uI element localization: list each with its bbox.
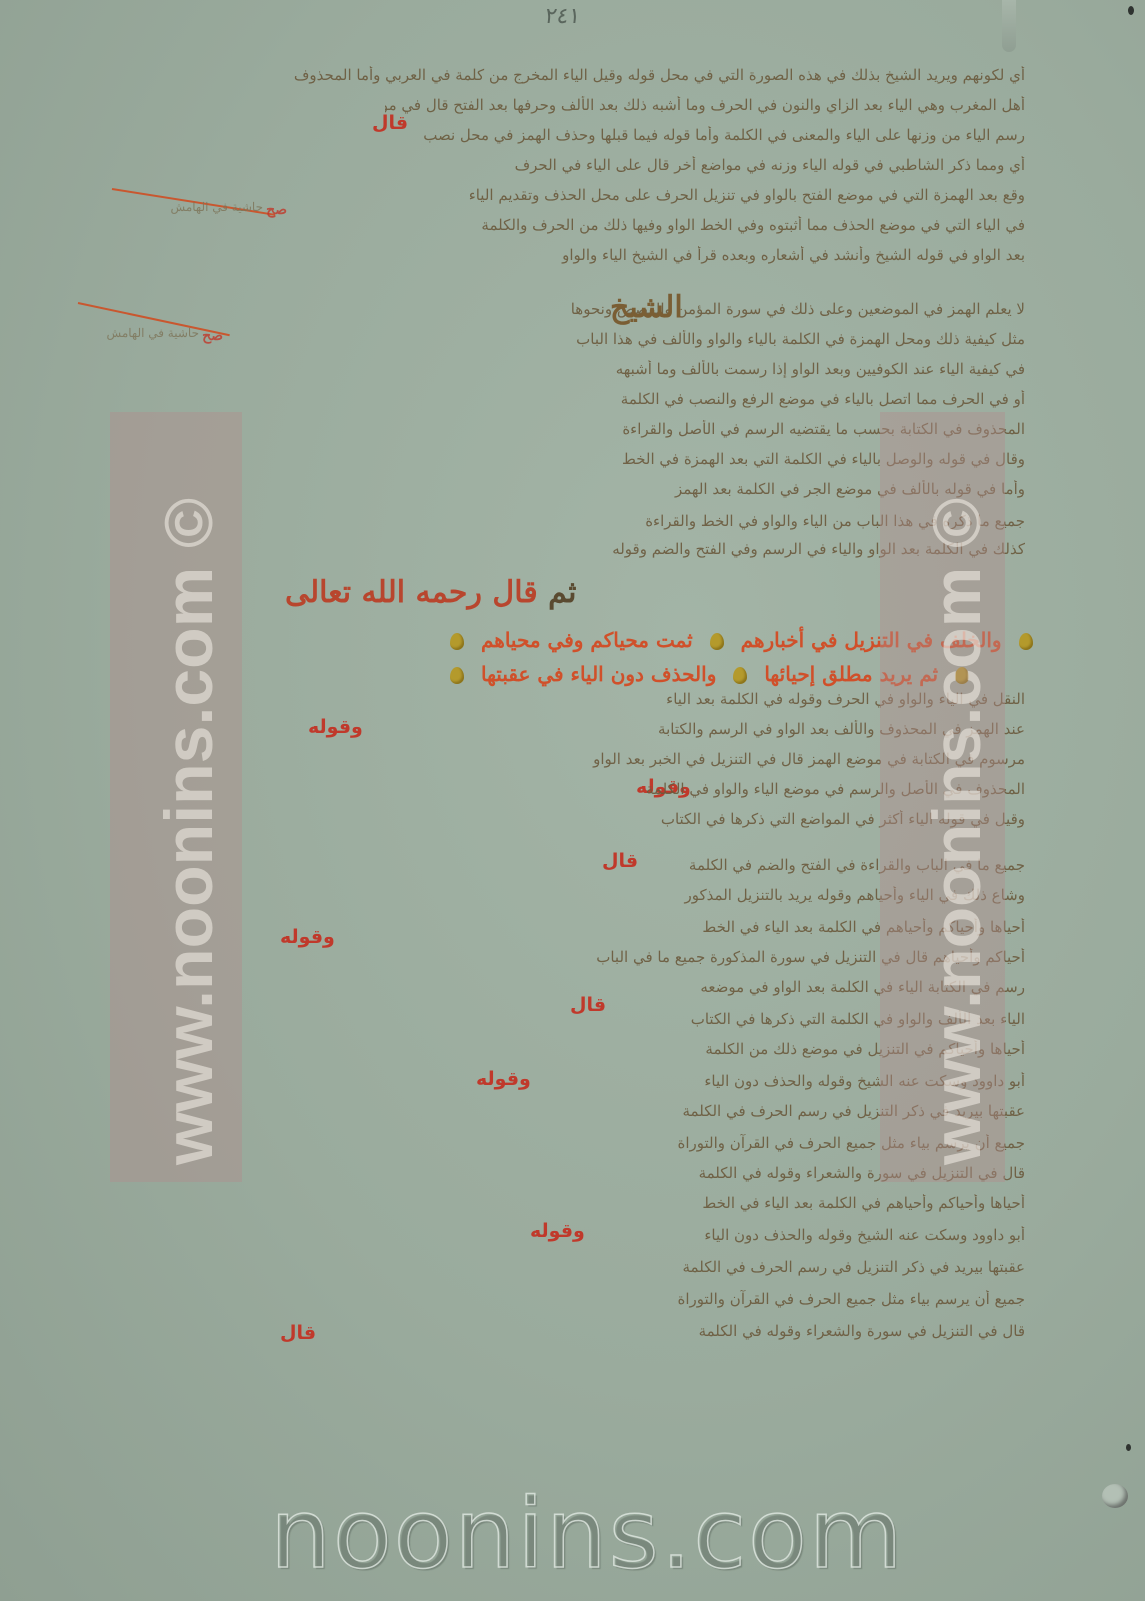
margin-note-label: صح — [202, 328, 223, 344]
verse-marker-icon — [450, 667, 464, 684]
shaykh-label: الشيخ — [610, 290, 683, 325]
ink-spot — [1128, 6, 1134, 15]
text-line: في كيفية الياء عند الكوفيين وبعد الواو إ… — [280, 360, 1025, 388]
text-line: أبو داوود وسكت عنه الشيخ وقوله والحذف دو… — [280, 1226, 1025, 1254]
ink-spot — [1126, 1444, 1131, 1451]
verse-hemistich-left: والحذف دون الياء في عقبتها — [481, 662, 716, 686]
text-line: عقبتها بيريد في ذكر التنزيل في رسم الحرف… — [280, 1258, 1025, 1286]
watermark-right: www.noonins.com © — [918, 498, 996, 1165]
margin-note-text: حاشية في الهامش — [171, 200, 263, 214]
text-line: أهل المغرب وهي الياء بعد الزاي والنون في… — [385, 96, 1025, 124]
rubric-waqawluhu: وقوله — [308, 716, 363, 738]
text-line: أحياها وأحياكم وأحياهم في الكلمة بعد الي… — [280, 1194, 1025, 1222]
text-line: رسم الياء من وزنها على الياء والمعنى في … — [280, 126, 1025, 154]
margin-note-2: صح حاشية في الهامش — [78, 296, 253, 356]
margin-note-text: حاشية في الهامش — [107, 326, 199, 340]
text-line: أي ومما ذكر الشاطبي في قوله الياء وزنه ف… — [280, 156, 1025, 184]
rubric-qala: قال — [280, 1322, 316, 1344]
margin-note-1: صح حاشية في الهامش — [112, 178, 287, 238]
text-line: مثل كيفية ذلك ومحل الهمزة في الكلمة بالي… — [280, 330, 1025, 358]
verse-marker-icon — [450, 633, 464, 650]
manuscript-page: ٢٤١ صح حاشية في الهامش صح حاشية في الهام… — [0, 0, 1145, 1601]
text-line: وقع بعد الهمزة التي في موضع الفتح بالواو… — [280, 186, 1025, 214]
watermark-bottom: noonins.com — [270, 1478, 904, 1590]
text-line: أي لكونهم ويريد الشيخ بذلك في هذه الصورة… — [280, 66, 1025, 94]
verse-hemistich-left: ثمت محياكم وفي محياهم — [481, 628, 693, 652]
paper-fold-mark — [1002, 0, 1016, 52]
watermark-left: www.noonins.com © — [150, 498, 228, 1165]
text-line: قال في التنزيل في سورة والشعراء وقوله في… — [280, 1322, 1025, 1350]
worm-hole — [1102, 1484, 1128, 1508]
heading-main: قال رحمه الله تعالى — [285, 575, 538, 610]
text-line: جميع أن يرسم بياء مثل جميع الحرف في القر… — [280, 1290, 1025, 1318]
heading-prefix: ثم — [548, 575, 576, 610]
rubric-waqawluhu: وقوله — [280, 926, 335, 948]
verse-marker-icon — [733, 667, 747, 684]
verse-marker-icon — [1019, 633, 1033, 650]
folio-number: ٢٤١ — [543, 4, 582, 29]
section-heading: ثم قال رحمه الله تعالى — [285, 575, 576, 610]
text-line: بعد الواو في قوله الشيخ وأنشد في أشعاره … — [280, 246, 1025, 274]
text-line: في الياء التي في موضع الحذف مما أثبتوه و… — [280, 216, 1025, 244]
verse-marker-icon — [710, 633, 724, 650]
